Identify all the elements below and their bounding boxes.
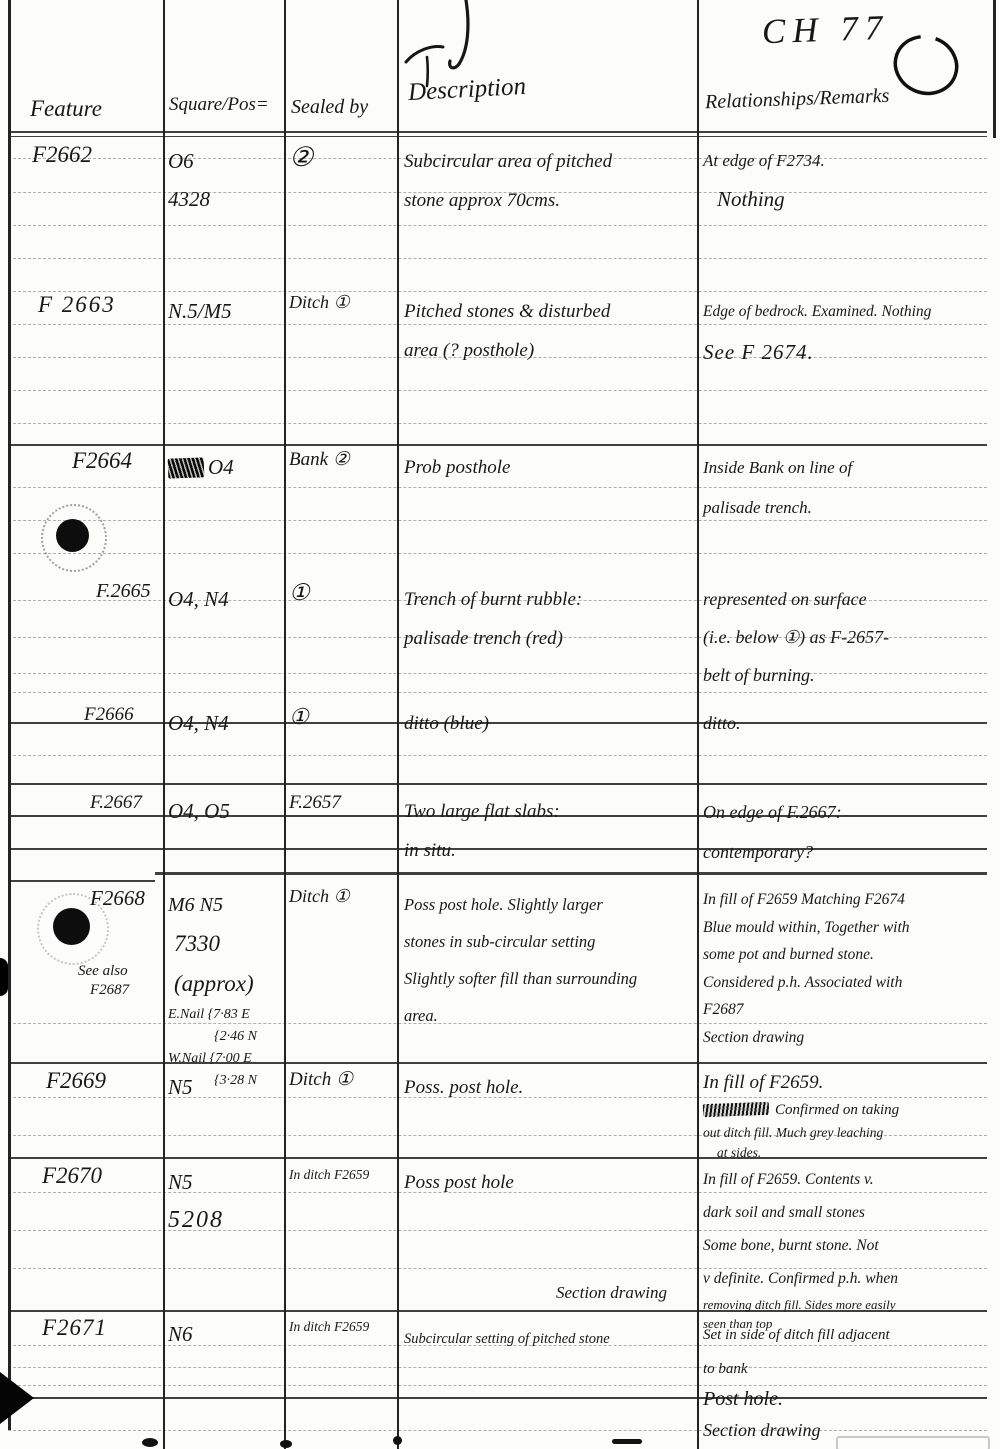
remarks: Edge of bedrock. Examined. NothingSee F … [703, 292, 995, 372]
feature-id: F2662 [14, 142, 178, 168]
sealed-by: ② [289, 142, 395, 173]
text-line: Section drawing [703, 1415, 995, 1445]
column-divider [8, 0, 11, 1430]
corner-mark [0, 1372, 34, 1424]
square-pos: O4 [168, 448, 282, 486]
column-divider [284, 0, 286, 1449]
row-separator-line [8, 1062, 987, 1064]
text-line: F.2657 [289, 792, 395, 814]
sealed-by: In ditch F2659 [289, 1163, 395, 1183]
row-separator-line [8, 444, 987, 446]
description: Poss post hole Section drawing [404, 1163, 696, 1202]
description: Poss. post hole. [404, 1068, 696, 1107]
text-line: Trench of burnt rubble: [404, 580, 696, 619]
text-line: Slightly softer fill than surrounding [404, 960, 696, 997]
text-line: removing ditch fill. Sides more easily [703, 1295, 995, 1314]
scan-mark [393, 1436, 402, 1445]
square-pos: M6 N57330 (approx)E.Nail {7·83 E{2·46 NW… [168, 886, 282, 1092]
sealed-by: Ditch ① [289, 1068, 395, 1091]
text-line: See also [78, 962, 129, 981]
text-line: Poss. post hole. [404, 1068, 696, 1107]
text-line: stone approx 70cms. [404, 181, 696, 220]
text-line: Considered p.h. Associated with [703, 969, 995, 997]
remarks: ditto. [703, 704, 995, 742]
row-separator-line [8, 783, 987, 785]
text-line: area (? posthole) [404, 331, 696, 370]
text-line: belt of burning. [703, 656, 995, 694]
square-pos: N55208 [168, 1163, 282, 1239]
column-header-sealed-by: Sealed by [291, 96, 368, 119]
text-line: M6 N5 [168, 886, 282, 924]
text-line: See F 2674. [703, 332, 995, 372]
ruled-line [8, 390, 987, 391]
ruled-line [8, 225, 987, 226]
square-pos: O64328 [168, 142, 282, 218]
text-line: Some bone, burnt stone. Not [703, 1229, 995, 1262]
scanned-record-sheet: Feature Square/Pos= Sealed by Descriptio… [0, 0, 1000, 1449]
remarks: Set in side of ditch fill adjacentto ban… [703, 1315, 995, 1445]
feature-id: F2671 [14, 1315, 188, 1341]
text-line: O6 [168, 142, 282, 180]
remarks: In fill of F2659 Matching F2674Blue moul… [703, 886, 995, 1051]
column-divider [993, 0, 996, 138]
text-line: palisade trench. [703, 488, 995, 528]
text-line: O4, N4 [168, 704, 282, 742]
text-line: W.Nail {7·00 E [168, 1048, 282, 1070]
text-line: area. [404, 997, 696, 1034]
remarks: In fill of F2659. Contents v.dark soil a… [703, 1163, 995, 1333]
text-line: In fill of F2659 Matching F2674 [703, 886, 995, 914]
text-line: dark soil and small stones [703, 1196, 995, 1229]
text-line: palisade trench (red) [404, 619, 696, 658]
sealed-by: Ditch ① [289, 886, 395, 907]
text-line: stones in sub-circular setting [404, 923, 696, 960]
description: Trench of burnt rubble:palisade trench (… [404, 580, 696, 658]
circle-doodle [893, 30, 959, 100]
remarks: At edge of F2734.Nothing [703, 142, 995, 218]
text-line: Section drawing [703, 1024, 995, 1052]
column-header-square-pos: Square/Pos= [169, 94, 269, 116]
text-line: Ditch ① [289, 292, 395, 313]
row-separator-line [8, 136, 987, 137]
text-line: Blue mould within, Together with [703, 914, 995, 942]
description: ditto (blue) [404, 704, 696, 743]
square-pos: N5 [168, 1068, 282, 1106]
description: Subcircular setting of pitched stone [404, 1315, 696, 1359]
text-line: contemporary? [703, 832, 995, 872]
sealed-by: Bank ② [289, 448, 395, 471]
text-line: At edge of F2734. [703, 142, 995, 180]
text-line: some pot and burned stone. [703, 941, 995, 969]
description-note: Section drawing [556, 1273, 667, 1312]
text-line: Two large flat slabs: [404, 792, 696, 831]
remarks: In fill of F2659. Confirmed on taking ou… [703, 1068, 995, 1163]
feature-id: F 2663 [14, 292, 184, 318]
text-line: Inside Bank on line of [703, 448, 995, 488]
hole-punch [56, 519, 89, 552]
remarks: Inside Bank on line ofpalisade trench. [703, 448, 995, 528]
text-line: N.5/M5 [168, 292, 282, 330]
description: Pitched stones & disturbedarea (? postho… [404, 292, 696, 370]
text-line: E.Nail {7·83 E [168, 1004, 282, 1026]
column-header-feature: Feature [30, 96, 102, 122]
ink-scribble [703, 1102, 769, 1117]
text-line: Pitched stones & disturbed [404, 292, 696, 331]
sealed-by: Ditch ① [289, 292, 395, 313]
text-line: Nothing [703, 180, 995, 218]
row-separator-line [8, 131, 987, 133]
row-separator-line [155, 872, 987, 875]
sealed-by: ① [289, 704, 395, 730]
text-line: N5 [168, 1068, 282, 1106]
text-line: In ditch F2659 [289, 1167, 395, 1183]
feature-id: F2670 [14, 1163, 188, 1189]
text-line: In ditch F2659 [289, 1319, 395, 1335]
text-line: ② [289, 142, 395, 173]
text-line: N5 [168, 1163, 282, 1201]
text-line: 4328 [168, 180, 282, 218]
ink-blot [0, 958, 8, 996]
text-line: 5208 [168, 1201, 282, 1239]
square-pos: O4, N4 [168, 580, 282, 618]
text-line: ① [289, 580, 395, 606]
square-pos: N6 [168, 1315, 282, 1353]
text-line: Ditch ① [289, 886, 395, 907]
text-line: Post hole. [703, 1383, 995, 1415]
description: Two large flat slabs:in situ. [404, 792, 696, 870]
text-line: ditto (blue) [404, 704, 696, 743]
text-line: Bank ② [289, 448, 395, 471]
description: Poss post hole. Slightly largerstones in… [404, 886, 696, 1034]
text-line: to bank [703, 1355, 995, 1383]
text-line: O4, O5 [168, 792, 282, 830]
pen-doodle [396, 0, 491, 100]
description: Prob posthole [404, 448, 696, 487]
description: Subcircular area of pitchedstone approx … [404, 142, 696, 220]
scan-mark [142, 1438, 158, 1447]
text-line: Poss post hole. Slightly larger [404, 886, 696, 923]
text-line: O4, N4 [168, 580, 282, 618]
ruled-line [8, 423, 987, 424]
text-line: Subcircular setting of pitched stone [404, 1320, 696, 1359]
text-line: {2·46 N [168, 1026, 282, 1048]
scan-mark [612, 1439, 642, 1444]
ruled-line [8, 553, 987, 554]
ink-scribble [168, 457, 205, 478]
remarks: On edge of F.2667:contemporary? [703, 792, 995, 872]
ruled-line [8, 755, 987, 756]
text-line: (i.e. below ①) as F-2657- [703, 618, 995, 656]
text-line: N6 [168, 1315, 282, 1353]
text-line: v definite. Confirmed p.h. when [703, 1262, 995, 1295]
sealed-by: ① [289, 580, 395, 606]
column-header-relationships-remarks: Relationships/Remarks [705, 85, 890, 114]
feature-cross-reference: See alsoF2687 [78, 962, 129, 1000]
scan-mark [280, 1440, 292, 1448]
remarks: represented on surface(i.e. below ①) as … [703, 580, 995, 694]
text-line: represented on surface [703, 580, 995, 618]
text-line: On edge of F.2667: [703, 792, 995, 832]
text-line: F2687 [703, 996, 995, 1024]
hole-punch [53, 908, 90, 945]
text-line: 7330 (approx) [168, 924, 282, 1004]
square-pos: O4, O5 [168, 792, 282, 830]
column-divider [397, 0, 399, 1449]
text-line: ditto. [703, 704, 995, 742]
sealed-by: In ditch F2659 [289, 1315, 395, 1335]
text-line: Set in side of ditch fill adjacent [703, 1315, 995, 1355]
sealed-by: F.2657 [289, 792, 395, 814]
column-divider [697, 0, 699, 1449]
text-line: Prob posthole [404, 448, 696, 487]
text-line: F2687 [78, 981, 129, 1000]
site-code: CH 77 [761, 8, 890, 52]
feature-id: F2669 [14, 1068, 192, 1094]
text-line: ① [289, 704, 395, 730]
text-line: Subcircular area of pitched [404, 142, 696, 181]
row-separator-line [8, 880, 155, 882]
text-line: In fill of F2659. Contents v. [703, 1163, 995, 1196]
ruled-line [8, 258, 987, 259]
text-line: Edge of bedrock. Examined. Nothing [703, 292, 995, 332]
text-line: in situ. [404, 831, 696, 870]
square-pos: N.5/M5 [168, 292, 282, 330]
square-pos: O4, N4 [168, 704, 282, 742]
text-line: Ditch ① [289, 1068, 395, 1091]
